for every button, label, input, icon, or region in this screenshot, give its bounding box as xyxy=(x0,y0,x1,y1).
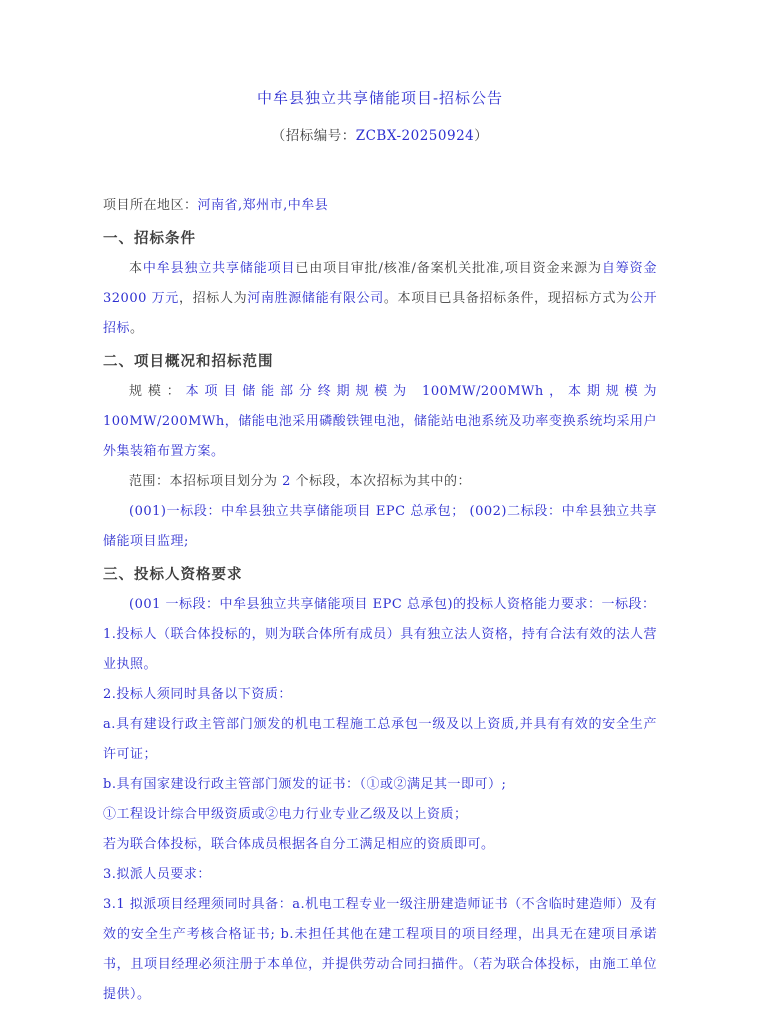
text-segment: 项目所在地区： xyxy=(103,198,198,213)
section-heading-text: 一、招标条件 xyxy=(103,230,196,247)
text-segment: 河南省,郑州市,中牟县 xyxy=(198,198,329,213)
paragraph: 3.1 拟派项目经理须同时具备：a.机电工程专业一级注册建造师证书（不含临时建造… xyxy=(103,890,657,1010)
section-heading: 一、招标条件 xyxy=(103,224,657,254)
paragraph: 3.拟派人员要求： xyxy=(103,860,657,890)
text-segment: 2 xyxy=(282,474,291,489)
document-subtitle: （招标编号：ZCBX-20250924） xyxy=(103,126,657,146)
text-segment: 规模： xyxy=(129,384,186,399)
text-segment: 。本项目已具备招标条件，现招标方式为 xyxy=(384,291,630,306)
text-segment: 河南胜源储能有限公司 xyxy=(247,291,384,306)
text-segment: 本项目储能部分终期规模为 100MW/200MWh，本期规模为 100MW/20… xyxy=(103,384,657,459)
paragraph: (001)一标段：中牟县独立共享储能项目 EPC 总承包； (002)二标段：中… xyxy=(103,497,657,557)
text-segment: 3.拟派人员要求： xyxy=(103,867,211,882)
paragraph: 2.投标人须同时具备以下资质： xyxy=(103,680,657,710)
paragraph: 范围：本招标项目划分为 2 个标段，本次招标为其中的： xyxy=(103,467,657,497)
text-segment: 中牟县独立共享储能项目 xyxy=(143,261,295,276)
subtitle-prefix: （招标编号： xyxy=(272,128,356,144)
section-heading-text: 三、投标人资格要求 xyxy=(103,566,243,583)
document-page: 中牟县独立共享储能项目-招标公告 （招标编号：ZCBX-20250924） 项目… xyxy=(0,0,757,1030)
text-segment: (001 一标段：中牟县独立共享储能项目 EPC 总承包)的投标人资格能力要求：… xyxy=(129,597,656,612)
page-title: 中牟县独立共享储能项目-招标公告 xyxy=(103,88,657,108)
section-heading-text: 二、项目概况和招标范围 xyxy=(103,353,274,370)
section-heading: 三、投标人资格要求 xyxy=(103,560,657,590)
text-segment: 。 xyxy=(130,321,144,336)
paragraph: ①工程设计综合甲级资质或②电力行业专业乙级及以上资质； xyxy=(103,800,657,830)
text-segment: 2.投标人须同时具备以下资质： xyxy=(103,687,292,702)
text-segment: 3.1 拟派项目经理须同时具备：a.机电工程专业一级注册建造师证书（不含临时建造… xyxy=(103,897,657,1002)
paragraph: 若为联合体投标，联合体成员根据各自分工满足相应的资质即可。 xyxy=(103,830,657,860)
document-content: 中牟县独立共享储能项目-招标公告 （招标编号：ZCBX-20250924） 项目… xyxy=(103,88,657,1010)
text-segment: a.具有建设行政主管部门颁发的机电工程施工总承包一级及以上资质,并具有有效的安全… xyxy=(103,717,657,762)
text-segment: 若为联合体投标，联合体成员根据各自分工满足相应的资质即可。 xyxy=(103,837,495,852)
paragraph: 1.投标人（联合体投标的，则为联合体所有成员）具有独立法人资格，持有合法有效的法… xyxy=(103,620,657,680)
text-segment: ①工程设计综合甲级资质或②电力行业专业乙级及以上资质； xyxy=(103,807,468,822)
paragraph: a.具有建设行政主管部门颁发的机电工程施工总承包一级及以上资质,并具有有效的安全… xyxy=(103,710,657,770)
paragraph: 本中牟县独立共享储能项目已由项目审批/核准/备案机关批准,项目资金来源为自筹资金… xyxy=(103,254,657,344)
tender-number: ZCBX-20250924 xyxy=(356,128,475,144)
document-body: 项目所在地区：河南省,郑州市,中牟县一、招标条件本中牟县独立共享储能项目已由项目… xyxy=(103,191,657,1010)
text-segment: (001)一标段：中牟县独立共享储能项目 EPC 总承包； (002)二标段：中… xyxy=(103,504,657,549)
paragraph: 项目所在地区：河南省,郑州市,中牟县 xyxy=(103,191,657,221)
text-segment: ，招标人为 xyxy=(179,291,247,306)
text-segment: 范围：本招标项目划分为 xyxy=(129,474,282,489)
text-segment: 1.投标人（联合体投标的，则为联合体所有成员）具有独立法人资格，持有合法有效的法… xyxy=(103,627,657,672)
text-segment: b.具有国家建设行政主管部门颁发的证书：（①或②满足其一即可）; xyxy=(103,777,506,792)
paragraph: (001 一标段：中牟县独立共享储能项目 EPC 总承包)的投标人资格能力要求：… xyxy=(103,590,657,620)
text-segment: 个标段，本次招标为其中的： xyxy=(291,474,471,489)
section-heading: 二、项目概况和招标范围 xyxy=(103,347,657,377)
subtitle-suffix: ） xyxy=(474,128,488,144)
text-segment: 已由项目审批/核准/备案机关批准,项目资金来源为 xyxy=(295,261,602,276)
text-segment: 本 xyxy=(129,261,143,276)
paragraph: b.具有国家建设行政主管部门颁发的证书：（①或②满足其一即可）; xyxy=(103,770,657,800)
paragraph: 规模：本项目储能部分终期规模为 100MW/200MWh，本期规模为 100MW… xyxy=(103,377,657,467)
